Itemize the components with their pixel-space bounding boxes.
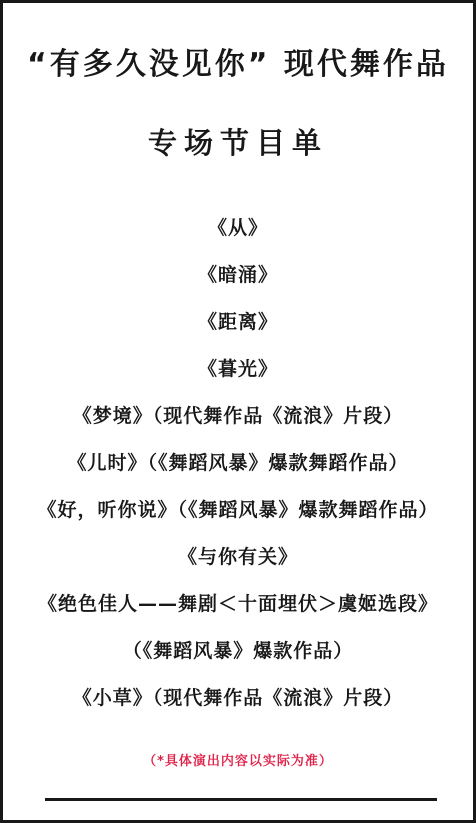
program-item: 《小草》（现代舞作品《流浪》片段） [3, 675, 473, 722]
program-item: 《儿时》（《舞蹈风暴》爆款舞蹈作品） [3, 440, 473, 487]
program-list: 《从》 《暗涌》 《距离》 《暮光》 《梦境》（现代舞作品《流浪》片段） 《儿时… [3, 205, 473, 722]
program-poster: “有多久没见你” 现代舞作品 专场节目单 《从》 《暗涌》 《距离》 《暮光》 … [0, 0, 476, 823]
program-item: 《暗涌》 [3, 252, 473, 299]
program-item: 《绝色佳人——舞剧＜十面埋伏＞虞姬选段》 [3, 581, 473, 628]
program-item: 《暮光》 [3, 346, 473, 393]
program-item: 《梦境》（现代舞作品《流浪》片段） [3, 393, 473, 440]
program-item: 《距离》 [3, 299, 473, 346]
program-item: 《从》 [3, 205, 473, 252]
program-item: 《与你有关》 [3, 534, 473, 581]
program-item: （《舞蹈风暴》爆款作品） [3, 628, 473, 675]
poster-title-line1: “有多久没见你” 现代舞作品 [3, 39, 473, 83]
program-item: 《好，听你说》（《舞蹈风暴》爆款舞蹈作品） [3, 487, 473, 534]
poster-title-line2: 专场节目单 [3, 121, 473, 162]
footer-divider [45, 798, 437, 801]
disclaimer-note: （*具体演出内容以实际为准） [3, 750, 473, 769]
